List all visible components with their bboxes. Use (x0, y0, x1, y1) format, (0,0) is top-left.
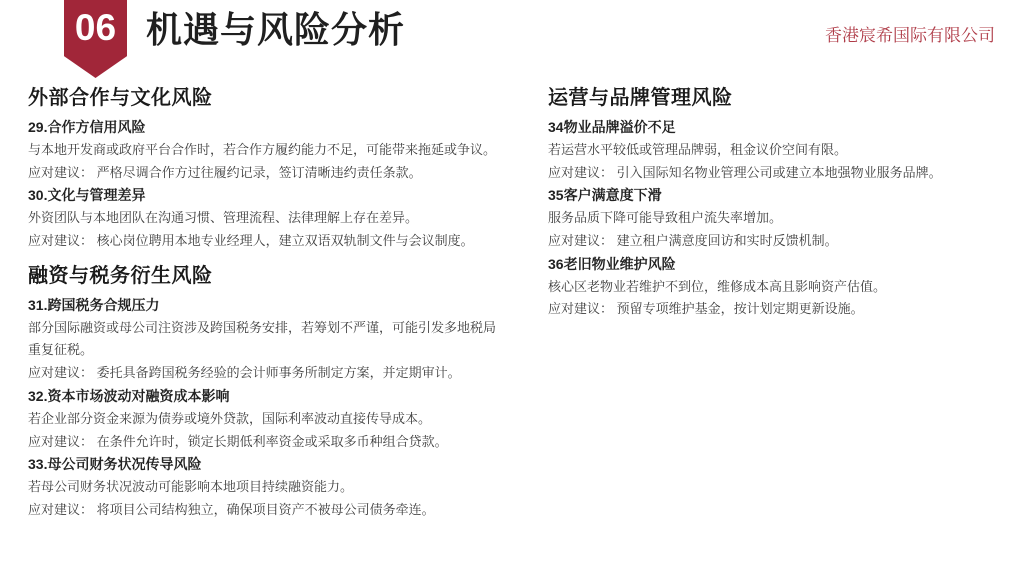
risk-item-text: 部分国际融资或母公司注资涉及跨国税务安排，若筹划不严谨，可能引发多地税局重复征税… (28, 317, 506, 363)
right-column: 运营与品牌管理风险34物业品牌溢价不足若运营水平较低或管理品牌弱，租金议价空间有… (548, 85, 998, 522)
company-name: 香港宸希国际有限公司 (825, 21, 995, 46)
risk-item-text: 应对建议： 预留专项维护基金，按计划定期更新设施。 (548, 298, 998, 321)
risk-item-heading: 35客户满意度下滑 (548, 184, 998, 207)
risk-item-text: 应对建议： 建立租户满意度回访和实时反馈机制。 (548, 230, 998, 253)
risk-item-text: 应对建议： 将项目公司结构独立，确保项目资产不被母公司债务牵连。 (28, 499, 506, 522)
page-title: 机遇与风险分析 (146, 2, 405, 53)
risk-item-text: 若运营水平较低或管理品牌弱，租金议价空间有限。 (548, 139, 998, 162)
risk-item-heading: 34物业品牌溢价不足 (548, 116, 998, 139)
risk-item-text: 若企业部分资金来源为债券或境外贷款，国际利率波动直接传导成本。 (28, 408, 506, 431)
risk-item-heading: 36老旧物业维护风险 (548, 253, 998, 276)
section-header: 融资与税务衍生风险 (28, 263, 506, 289)
risk-item-text: 应对建议： 委托具备跨国税务经验的会计师事务所制定方案，并定期审计。 (28, 362, 506, 385)
risk-item-text: 核心区老物业若维护不到位，维修成本高且影响资产估值。 (548, 276, 998, 299)
risk-item-text: 外资团队与本地团队在沟通习惯、管理流程、法律理解上存在差异。 (28, 207, 506, 230)
risk-section: 运营与品牌管理风险34物业品牌溢价不足若运营水平较低或管理品牌弱，租金议价空间有… (548, 85, 998, 321)
risk-section: 融资与税务衍生风险31.跨国税务合规压力部分国际融资或母公司注资涉及跨国税务安排… (28, 263, 506, 522)
chapter-number-badge: 06 (64, 0, 127, 78)
section-header: 外部合作与文化风险 (28, 85, 506, 111)
risk-item-heading: 30.文化与管理差异 (28, 184, 506, 207)
risk-item-text: 应对建议： 核心岗位聘用本地专业经理人，建立双语双轨制文件与会议制度。 (28, 230, 506, 253)
risk-item-text: 应对建议： 引入国际知名物业管理公司或建立本地强物业服务品牌。 (548, 162, 998, 185)
risk-item-heading: 31.跨国税务合规压力 (28, 294, 506, 317)
slide: 06 机遇与风险分析 香港宸希国际有限公司 外部合作与文化风险29.合作方信用风… (0, 0, 1024, 574)
risk-item-text: 与本地开发商或政府平台合作时，若合作方履约能力不足，可能带来拖延或争议。 (28, 139, 506, 162)
risk-item-heading: 33.母公司财务状况传导风险 (28, 453, 506, 476)
risk-item-text: 应对建议： 在条件允许时，锁定长期低利率资金或采取多币种组合贷款。 (28, 431, 506, 454)
risk-item-heading: 32.资本市场波动对融资成本影响 (28, 385, 506, 408)
left-column: 外部合作与文化风险29.合作方信用风险与本地开发商或政府平台合作时，若合作方履约… (28, 85, 506, 522)
slide-content: 外部合作与文化风险29.合作方信用风险与本地开发商或政府平台合作时，若合作方履约… (28, 85, 998, 522)
section-header: 运营与品牌管理风险 (548, 85, 998, 111)
risk-item-heading: 29.合作方信用风险 (28, 116, 506, 139)
chapter-number: 06 (75, 0, 116, 78)
risk-item-text: 若母公司财务状况波动可能影响本地项目持续融资能力。 (28, 476, 506, 499)
risk-section: 外部合作与文化风险29.合作方信用风险与本地开发商或政府平台合作时，若合作方履约… (28, 85, 506, 253)
risk-item-text: 应对建议： 严格尽调合作方过往履约记录，签订清晰违约责任条款。 (28, 162, 506, 185)
risk-item-text: 服务品质下降可能导致租户流失率增加。 (548, 207, 998, 230)
